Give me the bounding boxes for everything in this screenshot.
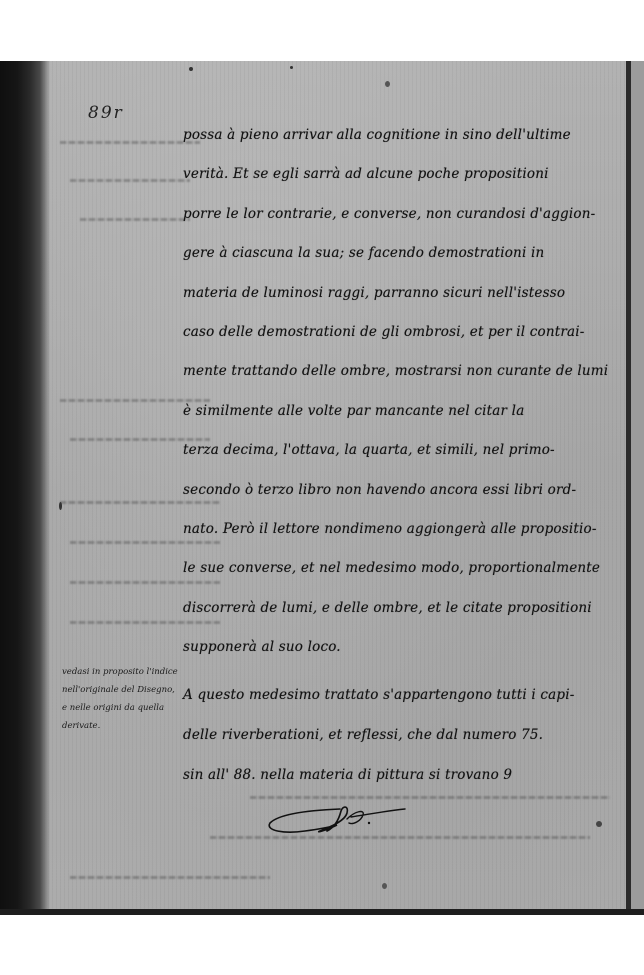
- text-line: le sue converse, et nel medesimo modo, p…: [183, 560, 600, 576]
- margin-note-line: derivate.: [62, 721, 100, 731]
- ink-speck: [290, 66, 293, 69]
- text-line: caso delle demostrationi de gli ombrosi,…: [183, 324, 585, 340]
- page-bottom-edge: [0, 909, 644, 915]
- text-line: supponerà al suo loco.: [183, 639, 341, 655]
- text-line: terza decima, l'ottava, la quarta, et si…: [183, 442, 555, 458]
- text-line: gere à ciascuna la sua; se facendo demos…: [183, 245, 544, 261]
- margin-note-line: vedasi in proposito l'indice: [62, 667, 178, 677]
- adjacent-page-strip: [631, 61, 644, 915]
- ink-speck: [382, 883, 387, 889]
- text-line: materia de luminosi raggi, parranno sicu…: [183, 285, 565, 301]
- text-line: nato. Però il lettore nondimeno aggionge…: [183, 521, 597, 537]
- text-line: è similmente alle volte par mancante nel…: [183, 403, 524, 419]
- margin-note-line: e nelle origini da quella: [62, 703, 164, 713]
- text-line: verità. Et se egli sarrà ad alcune poche…: [183, 166, 549, 182]
- ink-speck: [385, 81, 390, 87]
- text-line: porre le lor contrarie, e converse, non …: [183, 206, 595, 222]
- text-line: possa à pieno arrivar alla cognitione in…: [183, 127, 571, 143]
- text-line: secondo ò terzo libro non havendo ancora…: [183, 482, 576, 498]
- manuscript-scan: 89r possa à pieno arrivar alla cognition…: [0, 61, 644, 915]
- binding-shadow: [0, 61, 50, 915]
- ink-mark: [59, 502, 62, 510]
- text-line: mente trattando delle ombre, mostrarsi n…: [183, 363, 608, 379]
- signature-flourish-icon: [265, 801, 415, 841]
- text-line: delle riverberationi, et reflessi, che d…: [183, 727, 543, 743]
- ink-speck: [596, 821, 602, 827]
- text-line: sin all' 88. nella materia di pittura si…: [183, 767, 512, 783]
- text-line: discorrerà de lumi, e delle ombre, et le…: [183, 600, 592, 616]
- margin-note-line: nell'originale del Disegno,: [62, 685, 175, 695]
- folio-number: 89r: [88, 103, 124, 123]
- ink-speck: [189, 67, 193, 71]
- text-line: A questo medesimo trattato s'appartengon…: [183, 687, 574, 703]
